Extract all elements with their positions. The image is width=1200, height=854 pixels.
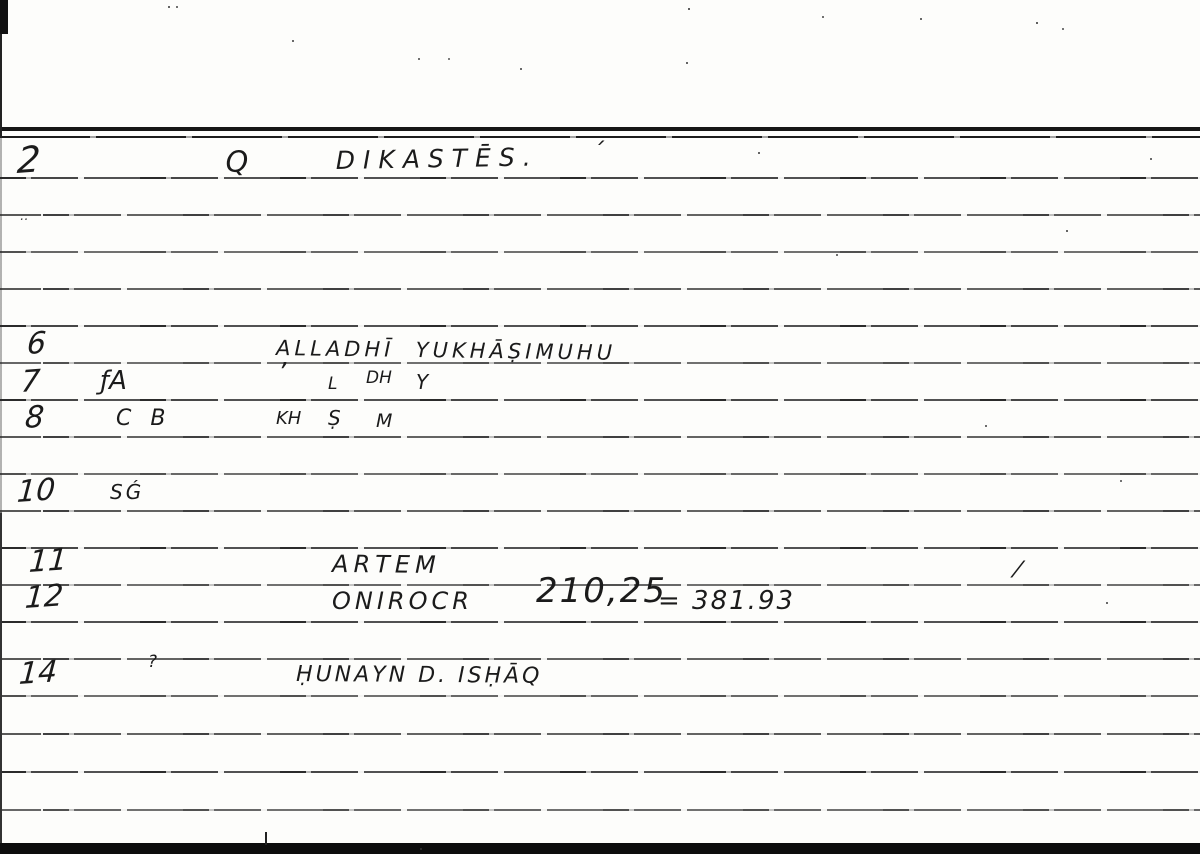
rule-line: [0, 771, 1200, 773]
scan-edge-bottom: [0, 843, 1200, 854]
entry-number: 6: [26, 328, 47, 360]
stray-tick: [265, 832, 267, 845]
rule-line: [0, 473, 1200, 475]
rule-line: [0, 733, 1200, 735]
entry-text: Y: [416, 372, 428, 392]
rule-line: [0, 621, 1200, 623]
entry-text: ḤUNAYN D. ISḤĀQ: [296, 664, 542, 688]
entry-number: 8: [24, 402, 45, 434]
entry-text: ALLADHĪ YUKHĀṢIMUHU: [276, 338, 616, 364]
rule-line: [0, 288, 1200, 290]
rule-line: [0, 695, 1200, 697]
pen-tick: ´: [592, 140, 604, 164]
entry-text: L: [328, 376, 337, 393]
rule-line: [0, 547, 1200, 549]
pen-tick: ⁄: [1016, 560, 1020, 582]
scanned-document-page: 2 Q DIKASTĒS. ´ ‥ 6 ALLADHĪ YUKHĀṢIMUHU …: [0, 0, 1200, 854]
rule-line: [0, 510, 1200, 512]
rule-line: [0, 214, 1200, 216]
entry-text: Ṣ: [328, 408, 341, 428]
stray-mark: ‥: [20, 210, 29, 223]
entry-number: 10: [16, 475, 56, 508]
entry-text: M: [376, 412, 392, 431]
rule-line: [0, 325, 1200, 327]
entry-number: 14: [18, 657, 58, 690]
rule-line: [0, 809, 1200, 811]
entry-text: ARTEM: [332, 552, 441, 577]
entry-text: SǴ: [110, 482, 144, 502]
scan-noise-specks: [168, 6, 170, 8]
entry-value: 210,25: [536, 574, 667, 608]
entry-text: C B: [116, 408, 171, 430]
entry-text: KH: [276, 410, 301, 428]
rule-line: [0, 399, 1200, 401]
entry-text: ƒA: [100, 368, 127, 394]
entry-text: DH: [366, 370, 392, 387]
scan-edge-left: [0, 0, 2, 854]
entry-text: ’: [278, 360, 286, 386]
entry-value: = 381.93: [658, 588, 795, 614]
rule-line: [0, 251, 1200, 253]
entry-number: 12: [24, 581, 64, 614]
rule-line: [0, 436, 1200, 438]
scan-corner-mark: [0, 0, 8, 34]
entry-number: 2: [16, 142, 41, 180]
entry-text: ONIROCR: [332, 589, 473, 613]
rule-line: [0, 658, 1200, 660]
entry-text: DIKASTĒS.: [336, 144, 539, 173]
top-rule-thick: [0, 127, 1200, 131]
entry-number: 11: [28, 545, 68, 578]
rule-line: [0, 177, 1200, 179]
entry-text: Q: [225, 147, 249, 177]
entry-number: 7: [20, 366, 41, 398]
entry-query-mark: ?: [148, 654, 157, 671]
